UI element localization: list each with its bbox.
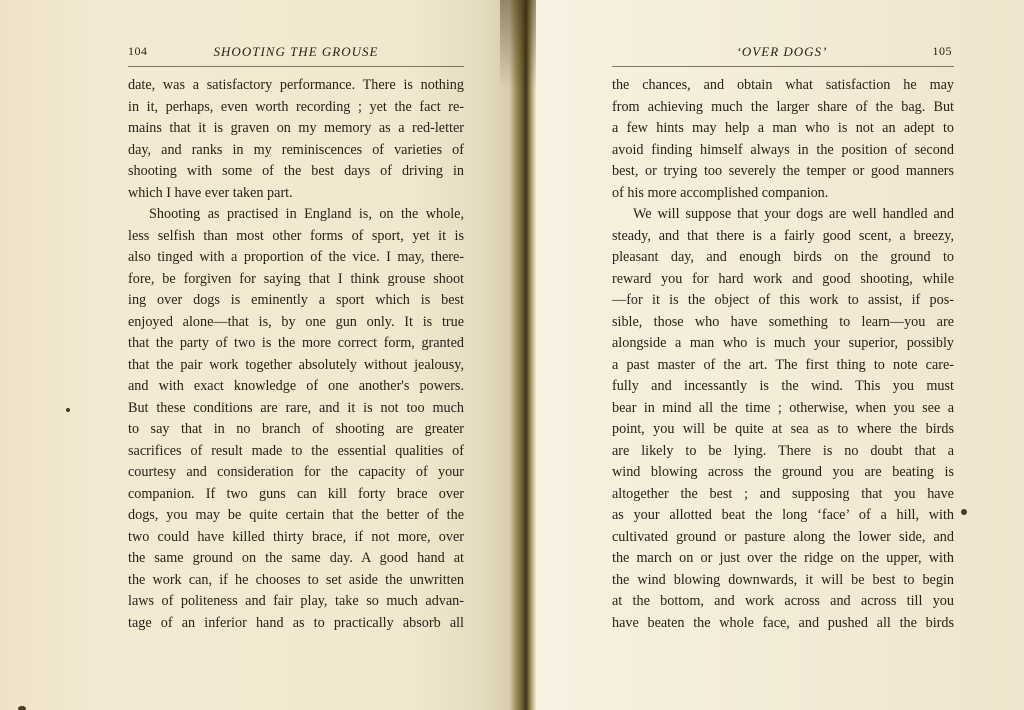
running-head: SHOOTING THE GROUSE xyxy=(188,44,404,60)
text-line: from achieving much the larger share of … xyxy=(612,97,954,119)
text-line: fully and incessantly is the wind. This … xyxy=(612,376,954,398)
text-line: are likely to be lying. There is no doub… xyxy=(612,441,954,463)
text-line: the march on or just over the ridge on t… xyxy=(612,548,954,570)
text-line: cultivated ground or pasture along the l… xyxy=(612,527,954,549)
book-gutter xyxy=(510,0,536,710)
text-line: a past master of the art. The first thin… xyxy=(612,355,954,377)
text-line: the chances, and obtain what satisfactio… xyxy=(612,75,954,97)
text-line: mains that it is graven on my memory as … xyxy=(128,118,464,140)
book-spread: 104 SHOOTING THE GROUSE date, was a sati… xyxy=(0,0,1024,710)
text-line: the same ground on the same day. A good … xyxy=(128,548,464,570)
text-line: a few hints may help a man who is not an… xyxy=(612,118,954,140)
text-line: We will suppose that your dogs are well … xyxy=(612,204,954,226)
text-line: date, was a satisfactory performance. Th… xyxy=(128,75,464,97)
text-line: the work can, if he chooses to set aside… xyxy=(128,570,464,592)
text-line: in it, perhaps, even worth recording ; y… xyxy=(128,97,464,119)
gutter-shadow xyxy=(500,0,536,90)
text-line: avoid finding himself always in the posi… xyxy=(612,140,954,162)
text-line: alongside a man who is much your superio… xyxy=(612,333,954,355)
running-head: ‘OVER DOGS’ xyxy=(612,44,952,60)
text-line: less selfish than most other forms of sp… xyxy=(128,226,464,248)
text-line: have beaten the whole face, and pushed a… xyxy=(612,613,954,635)
text-line: pleasant day, and enough birds on the gr… xyxy=(612,247,954,269)
text-line: courtesy and consideration for the capac… xyxy=(128,462,464,484)
text-line: ing over dogs is eminently a sport which… xyxy=(128,290,464,312)
right-page: ‘OVER DOGS’ 105 the chances, and obtain … xyxy=(536,0,1024,710)
text-line: of his more accomplished companion. xyxy=(612,183,954,205)
text-line: reward you for hard work and good shooti… xyxy=(612,269,954,291)
header-rule xyxy=(612,66,954,67)
text-line: laws of politeness and fair play, take s… xyxy=(128,591,464,613)
text-line: that the pair work together absolutely w… xyxy=(128,355,464,377)
text-line: shooting with some of the best days of d… xyxy=(128,161,464,183)
text-line: the wind blowing downwards, it will be b… xyxy=(612,570,954,592)
right-page-body: the chances, and obtain what satisfactio… xyxy=(612,75,954,634)
page-number: 104 xyxy=(128,44,148,59)
text-line: companion. If two guns can kill forty br… xyxy=(128,484,464,506)
text-line: steady, and that there is a fairly good … xyxy=(612,226,954,248)
text-line: sible, those who have something to learn… xyxy=(612,312,954,334)
right-page-header: ‘OVER DOGS’ 105 xyxy=(612,44,952,66)
text-line: and with exact knowledge of one another'… xyxy=(128,376,464,398)
paper-speck xyxy=(18,706,26,710)
text-line: altogether the best ; and supposing that… xyxy=(612,484,954,506)
text-line: day, and ranks in my reminiscences of va… xyxy=(128,140,464,162)
page-number: 105 xyxy=(933,44,953,59)
left-page: 104 SHOOTING THE GROUSE date, was a sati… xyxy=(0,0,510,710)
text-line: dogs, you may be quite certain that the … xyxy=(128,505,464,527)
header-rule xyxy=(128,66,464,67)
text-line: Shooting as practised in England is, on … xyxy=(128,204,464,226)
text-line: enjoyed alone—that is, by one gun only. … xyxy=(128,312,464,334)
text-line: bear in mind all the time ; otherwise, w… xyxy=(612,398,954,420)
text-line: —for it is the object of this work to as… xyxy=(612,290,954,312)
left-page-header: 104 SHOOTING THE GROUSE xyxy=(128,44,464,66)
text-line: sacrifices of result made to the essenti… xyxy=(128,441,464,463)
text-line: to say that in no branch of shooting are… xyxy=(128,419,464,441)
left-page-body: date, was a satisfactory performance. Th… xyxy=(128,75,464,634)
text-line: best, or trying too severely the temper … xyxy=(612,161,954,183)
text-line: fore, be forgiven for saying that I thin… xyxy=(128,269,464,291)
text-line: which I have ever taken part. xyxy=(128,183,464,205)
text-line: that the party of two is the more correc… xyxy=(128,333,464,355)
text-line: also tinged with a proportion of the vic… xyxy=(128,247,464,269)
text-line: But these conditions are rare, and it is… xyxy=(128,398,464,420)
text-line: two could have killed thirty brace, if n… xyxy=(128,527,464,549)
text-line: wind blowing across the ground you are b… xyxy=(612,462,954,484)
paper-speck xyxy=(961,509,967,515)
text-line: tage of an inferior hand as to practical… xyxy=(128,613,464,635)
text-line: at the bottom, and work across and acros… xyxy=(612,591,954,613)
text-line: point, you will be quite at sea as to wh… xyxy=(612,419,954,441)
text-line: as your allotted beat the long ‘face’ of… xyxy=(612,505,954,527)
paper-speck xyxy=(66,408,70,412)
